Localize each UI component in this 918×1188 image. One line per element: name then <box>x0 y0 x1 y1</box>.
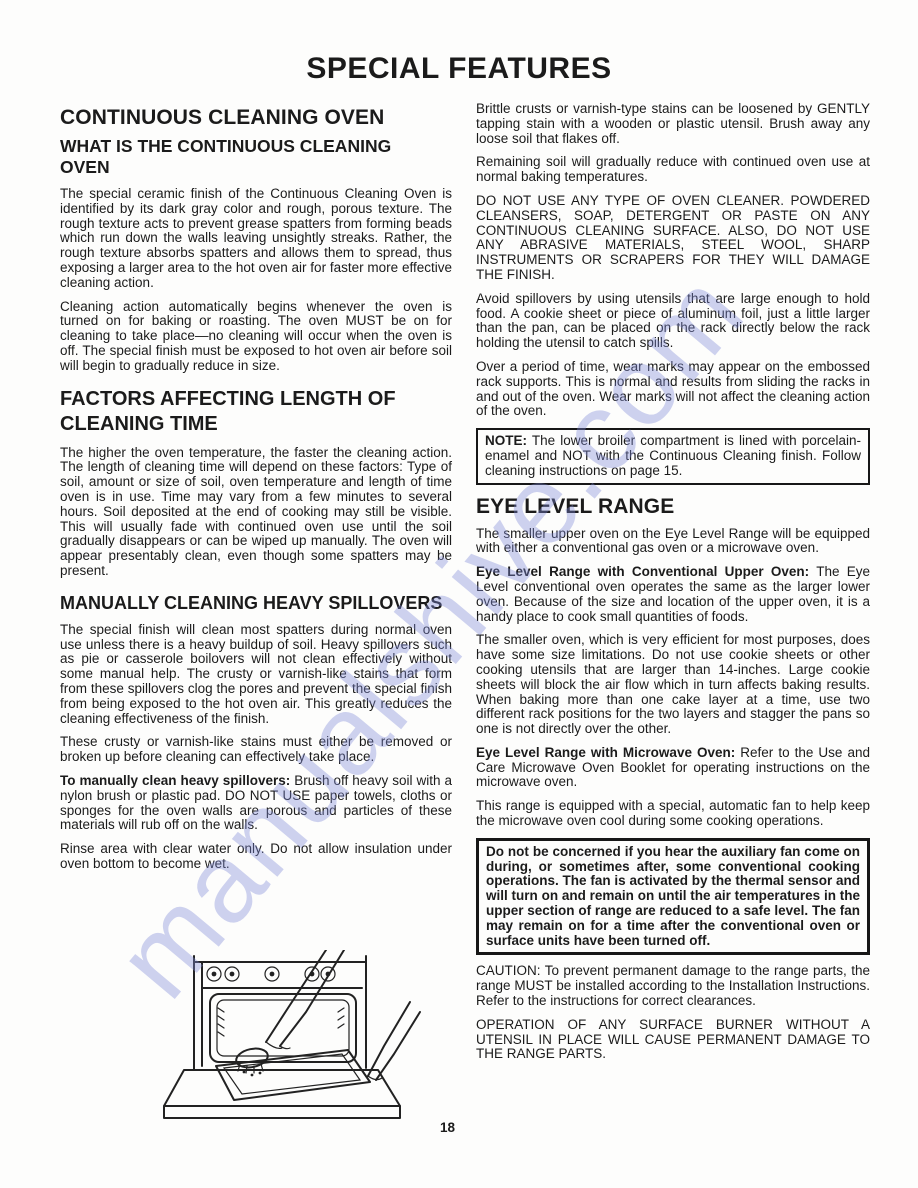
paragraph: Eye Level Range with Conventional Upper … <box>476 565 870 624</box>
bold-lead-conventional-upper-oven: Eye Level Range with Conventional Upper … <box>476 564 809 579</box>
right-column: Brittle crusts or varnish-type stains ca… <box>476 102 870 1071</box>
paragraph: The smaller upper oven on the Eye Level … <box>476 527 870 557</box>
paragraph: This range is equipped with a special, a… <box>476 799 870 829</box>
manual-page: SPECIAL FEATURES CONTINUOUS CLEANING OVE… <box>0 0 918 1188</box>
bold-lead-manually-clean: To manually clean heavy spillovers: <box>60 773 290 788</box>
subheading-manually-cleaning: MANUALLY CLEANING HEAVY SPILLOVERS <box>60 592 452 614</box>
section-heading-eye-level-range: EYE LEVEL RANGE <box>476 494 870 519</box>
paragraph: Remaining soil will gradually reduce wit… <box>476 155 870 185</box>
control-knob-icons <box>207 967 335 981</box>
section-heading-continuous-cleaning-oven: CONTINUOUS CLEANING OVEN <box>60 106 452 130</box>
left-column: CONTINUOUS CLEANING OVEN WHAT IS THE CON… <box>60 106 452 881</box>
page-title: SPECIAL FEATURES <box>0 52 918 86</box>
paragraph: OPERATION OF ANY SURFACE BURNER WITHOUT … <box>476 1018 870 1062</box>
paragraph: Brittle crusts or varnish-type stains ca… <box>476 102 870 146</box>
paragraph: The higher the oven temperature, the fas… <box>60 446 452 579</box>
note-label: NOTE: <box>485 433 527 448</box>
paragraph-caution: CAUTION: To prevent permanent damage to … <box>476 964 870 1008</box>
paragraph: Eye Level Range with Microwave Oven: Ref… <box>476 746 870 790</box>
oven-drawing-svg <box>148 950 456 1138</box>
note-box: NOTE: The lower broiler compartment is l… <box>476 428 870 484</box>
paragraph: To manually clean heavy spillovers: Brus… <box>60 774 452 833</box>
paragraph: Rinse area with clear water only. Do not… <box>60 842 452 872</box>
oven-cleaning-illustration <box>148 950 456 1138</box>
auxiliary-fan-notice-box: Do not be concerned if you hear the auxi… <box>476 838 870 956</box>
paragraph: The smaller oven, which is very efficien… <box>476 633 870 737</box>
fan-notice-text: Do not be concerned if you hear the auxi… <box>486 845 860 949</box>
paragraph: Cleaning action automatically begins whe… <box>60 300 452 374</box>
paragraph: The special finish will clean most spatt… <box>60 623 452 727</box>
page-number: 18 <box>440 1120 455 1135</box>
bold-lead-microwave-oven: Eye Level Range with Microwave Oven: <box>476 745 735 760</box>
paragraph: Over a period of time, wear marks may ap… <box>476 360 870 419</box>
subheading-factors: FACTORS AFFECTING LENGTH OF CLEANING TIM… <box>60 387 452 437</box>
paragraph: DO NOT USE ANY TYPE OF OVEN CLEANER. POW… <box>476 194 870 283</box>
subheading-what-is: WHAT IS THE CONTINUOUS CLEANING OVEN <box>60 136 432 178</box>
paragraph: The special ceramic finish of the Contin… <box>60 187 452 291</box>
paragraph: Avoid spillovers by using utensils that … <box>476 292 870 351</box>
note-paragraph: NOTE: The lower broiler compartment is l… <box>485 434 861 478</box>
paragraph: These crusty or varnish-like stains must… <box>60 735 452 765</box>
note-text: The lower broiler compartment is lined w… <box>485 433 861 478</box>
